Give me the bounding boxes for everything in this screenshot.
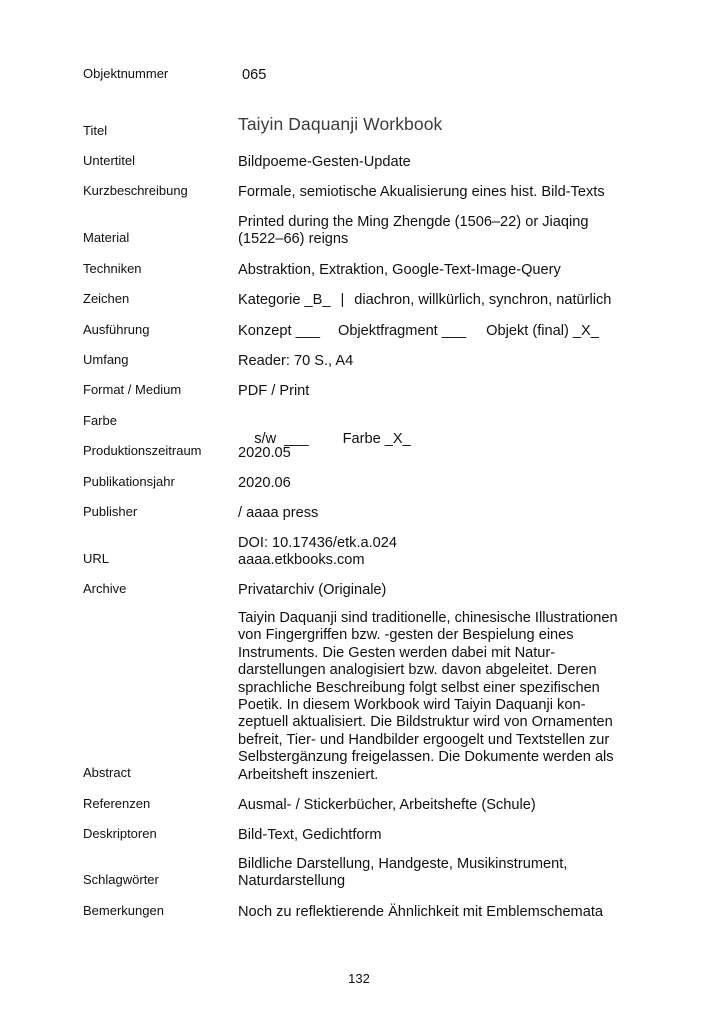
label-publisher: Publisher bbox=[83, 504, 137, 520]
doi-link[interactable]: DOI: 10.17436/etk.a.024 bbox=[238, 535, 658, 552]
schlagwoerter-line: Bildliche Darstellung, Handgeste, Musiki… bbox=[238, 856, 658, 873]
label-kurzbeschreibung: Kurzbeschreibung bbox=[83, 183, 188, 199]
zeichen-kategorie: Kategorie _B_ bbox=[238, 292, 331, 308]
page-number: 132 bbox=[0, 971, 718, 986]
material-line: (1522–66) reigns bbox=[238, 231, 658, 248]
value-bemerkungen: Noch zu reflektierende Ähnlichkeit mit E… bbox=[238, 904, 658, 921]
label-abstract: Abstract bbox=[83, 765, 131, 781]
abstract-line: Taiyin Daquanji sind traditionelle, chin… bbox=[238, 610, 658, 627]
value-kurzbeschreibung: Formale, semiotische Akualisierung eines… bbox=[238, 184, 658, 201]
value-deskriptoren: Bild-Text, Gedichtform bbox=[238, 827, 658, 844]
label-material: Material bbox=[83, 230, 129, 246]
ausfuehrung-objektfragment: Objektfragment ___ bbox=[338, 323, 466, 339]
value-publikationsjahr: 2020.06 bbox=[238, 475, 658, 492]
abstract-line: Instruments. Die Gesten werden dabei mit… bbox=[238, 645, 658, 662]
abstract-line: von Fingergriffen bzw. -gesten der Bespi… bbox=[238, 627, 658, 644]
label-zeichen: Zeichen bbox=[83, 291, 129, 307]
value-archive: Privatarchiv (Originale) bbox=[238, 582, 658, 599]
value-objektnummer: 065 bbox=[242, 67, 662, 84]
label-produktionszeitraum: Produktionszeitraum bbox=[83, 443, 202, 459]
value-publisher: / aaaa press bbox=[238, 505, 658, 522]
value-schlagwoerter: Bildliche Darstellung, Handgeste, Musiki… bbox=[238, 856, 658, 891]
abstract-line: darstellungen analogisiert bzw. davon ab… bbox=[238, 662, 658, 679]
value-titel: Taiyin Daquanji Workbook bbox=[238, 116, 658, 133]
label-publikationsjahr: Publikationsjahr bbox=[83, 474, 175, 490]
value-zeichen: Kategorie _B_|diachron, willkürlich, syn… bbox=[238, 292, 658, 309]
label-schlagwoerter: Schlagwörter bbox=[83, 872, 159, 888]
value-abstract: Taiyin Daquanji sind traditionelle, chin… bbox=[238, 610, 658, 784]
value-techniken: Abstraktion, Extraktion, Google-Text-Ima… bbox=[238, 262, 658, 279]
label-deskriptoren: Deskriptoren bbox=[83, 826, 157, 842]
abstract-line: Poetik. In diesem Workbook wird Taiyin D… bbox=[238, 697, 658, 714]
value-referenzen: Ausmal- / Stickerbücher, Arbeitshefte (S… bbox=[238, 797, 658, 814]
label-format: Format / Medium bbox=[83, 382, 181, 398]
label-bemerkungen: Bemerkungen bbox=[83, 903, 164, 919]
abstract-line: befreit, Tier- und Handbilder ergoogelt … bbox=[238, 732, 658, 749]
label-ausfuehrung: Ausführung bbox=[83, 322, 150, 338]
label-farbe: Farbe bbox=[83, 413, 117, 429]
value-url: DOI: 10.17436/etk.a.024 aaaa.etkbooks.co… bbox=[238, 535, 658, 570]
value-untertitel: Bildpoeme-Gesten-Update bbox=[238, 154, 658, 171]
website-link[interactable]: aaaa.etkbooks.com bbox=[238, 552, 658, 569]
abstract-line: sprachliche Beschreibung folgt selbst ei… bbox=[238, 680, 658, 697]
ausfuehrung-objekt-final: Objekt (final) _X_ bbox=[486, 323, 599, 339]
abstract-line: Arbeitsheft inszeniert. bbox=[238, 767, 658, 784]
schlagwoerter-line: Naturdarstellung bbox=[238, 873, 658, 890]
label-untertitel: Untertitel bbox=[83, 153, 135, 169]
label-url: URL bbox=[83, 551, 109, 567]
abstract-line: zeptuell aktualisiert. Die Bildstruktur … bbox=[238, 714, 658, 731]
value-format: PDF / Print bbox=[238, 383, 658, 400]
zeichen-separator: | bbox=[341, 292, 345, 308]
label-referenzen: Referenzen bbox=[83, 796, 150, 812]
label-umfang: Umfang bbox=[83, 352, 129, 368]
label-techniken: Techniken bbox=[83, 261, 142, 277]
value-ausfuehrung: Konzept ___Objektfragment ___Objekt (fin… bbox=[238, 323, 658, 340]
label-titel: Titel bbox=[83, 123, 107, 139]
value-produktionszeitraum: 2020.05 bbox=[238, 445, 658, 462]
ausfuehrung-konzept: Konzept ___ bbox=[238, 323, 320, 339]
material-line: Printed during the Ming Zhengde (1506–22… bbox=[238, 214, 658, 231]
abstract-line: Selbstergänzung freigelassen. Die Dokume… bbox=[238, 749, 658, 766]
zeichen-types: diachron, willkürlich, synchron, natürli… bbox=[354, 292, 611, 308]
value-umfang: Reader: 70 S., A4 bbox=[238, 353, 658, 370]
label-archive: Archive bbox=[83, 581, 126, 597]
value-material: Printed during the Ming Zhengde (1506–22… bbox=[238, 214, 658, 249]
label-objektnummer: Objektnummer bbox=[83, 66, 168, 82]
